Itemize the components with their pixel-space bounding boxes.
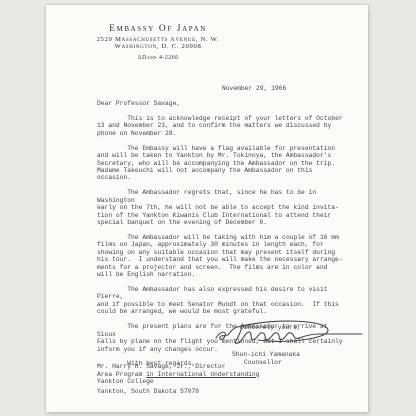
signature [212, 317, 368, 355]
paragraph: The Ambassador regrets that, since he ha… [97, 189, 349, 226]
letter-date: November 29, 1966 [222, 85, 286, 92]
paragraph: The Ambassador has also expressed his de… [97, 286, 349, 316]
recipient-program: Area Program in International Understand… [97, 371, 260, 378]
recipient-city: Yankton, South Dakota 57078 [97, 388, 260, 395]
letterhead-org: Embassy Of Japan [74, 24, 242, 34]
letterhead-city: Washington, D. C. 20008 [74, 43, 242, 50]
paragraph: The Ambassador will be taking with him a… [97, 234, 349, 279]
recipient-block: Mr. Harry H. Savage, Jr., Director Area … [97, 363, 260, 395]
recipient-college: Yankton College [97, 378, 260, 385]
letterhead-address: 2520 Massachusetts Avenue, N. W. [74, 36, 242, 43]
salutation: Dear Professor Savage, [97, 100, 349, 107]
letter-page: Embassy Of Japan 2520 Massachusetts Aven… [46, 5, 368, 412]
signer-name: Shun-ichi Yamanaka [232, 351, 300, 358]
paragraph: The Embassy will have a flag available f… [97, 145, 349, 182]
paragraph: This is to acknowledge receipt of your l… [97, 115, 349, 137]
letterhead-phone: ADams 4-2266 [74, 55, 242, 61]
recipient-name: Mr. Harry H. Savage, Jr., Director [97, 363, 260, 370]
letterhead: Embassy Of Japan 2520 Massachusetts Aven… [74, 24, 242, 61]
